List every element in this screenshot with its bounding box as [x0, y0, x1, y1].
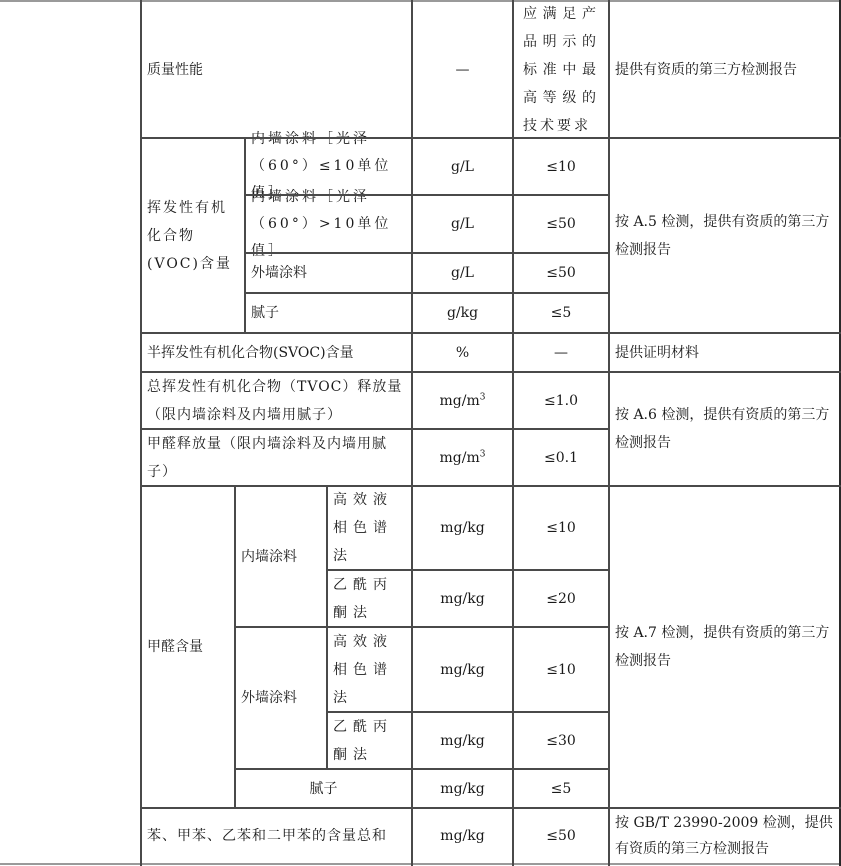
tvoc-req-cell: ≤1.0 — [513, 372, 609, 429]
svoc-unit-cell: % — [412, 333, 513, 372]
grid-line — [140, 332, 841, 334]
grid-line — [244, 138, 246, 333]
hcho-interior-req-1: ≤10 — [513, 486, 609, 570]
quality-unit-cell: — — [412, 2, 513, 138]
hcho-exterior-req-2: ≤30 — [513, 712, 609, 769]
grid-line — [140, 137, 841, 139]
svoc-method-cell: 提供证明材料 — [609, 333, 840, 372]
hcho-interior-method-1: 高效液相色谱法 — [327, 486, 412, 570]
grid-line — [140, 371, 841, 373]
grid-line — [608, 0, 610, 866]
grid-line — [326, 711, 610, 713]
hcho-exterior-method-2: 乙酰丙酮法 — [327, 712, 412, 769]
hcho-interior-unit-2: mg/kg — [412, 570, 513, 627]
btex-method-cell: 按 GB/T 23990-2009 检测，提供有资质的第三方检测报告 — [609, 808, 840, 863]
voc-req-3: ≤50 — [513, 253, 609, 293]
grid-line — [234, 768, 610, 770]
quality-requirement-cell: 应满足产品明示的标准中最高等级的技术要求 — [513, 2, 609, 138]
hcho-interior-cell: 内墙涂料 — [235, 486, 327, 627]
voc-unit-2: g/L — [412, 195, 513, 253]
tvoc-unit-cell: mg/m3 — [412, 372, 513, 429]
hcho-interior-req-2: ≤20 — [513, 570, 609, 627]
hcho-interior-method-2: 乙酰丙酮法 — [327, 570, 412, 627]
grid-line — [234, 486, 236, 808]
release-method-cell: 按 A.6 检测，提供有资质的第三方检测报告 — [609, 372, 840, 486]
quality-method-cell: 提供有资质的第三方检测报告 — [609, 2, 840, 138]
grid-line — [140, 485, 841, 487]
grid-line — [234, 626, 610, 628]
grid-line — [244, 194, 610, 196]
table-bottom-border — [0, 863, 841, 865]
hcho-release-req-cell: ≤0.1 — [513, 429, 609, 486]
tvoc-item-cell: 总挥发性有机化合物（TVOC）释放量（限内墙涂料及内墙用腻子） — [141, 372, 412, 429]
hcho-exterior-unit-2: mg/kg — [412, 712, 513, 769]
hcho-content-item-cell: 甲醛含量 — [141, 486, 235, 808]
grid-line — [244, 292, 610, 294]
quality-item-cell: 质量性能 — [141, 2, 412, 138]
hcho-release-item-cell: 甲醛释放量（限内墙涂料及内墙用腻子） — [141, 429, 412, 486]
btex-item-cell: 苯、甲苯、乙苯和二甲苯的含量总和 — [141, 808, 412, 863]
grid-line — [512, 0, 514, 866]
hcho-putty-req: ≤5 — [513, 769, 609, 808]
voc-req-2: ≤50 — [513, 195, 609, 253]
voc-item-cell: 挥发性有机化合物(VOC)含量 — [141, 138, 245, 333]
grid-line — [244, 252, 610, 254]
grid-line — [140, 807, 841, 809]
hcho-putty-cell: 腻子 — [235, 769, 412, 808]
btex-unit-cell: mg/kg — [412, 808, 513, 863]
hcho-exterior-req-1: ≤10 — [513, 627, 609, 712]
category-cell — [0, 2, 141, 863]
hcho-interior-unit-1: mg/kg — [412, 486, 513, 570]
svoc-item-cell: 半挥发性有机化合物(SVOC)含量 — [141, 333, 412, 372]
grid-line — [140, 428, 610, 430]
svoc-req-cell: — — [513, 333, 609, 372]
grid-line — [140, 0, 142, 866]
voc-method-cell: 按 A.5 检测，提供有资质的第三方检测报告 — [609, 138, 840, 333]
voc-req-1: ≤10 — [513, 138, 609, 195]
btex-req-cell: ≤50 — [513, 808, 609, 863]
voc-sub-3: 外墙涂料 — [245, 253, 412, 293]
grid-line — [411, 0, 413, 866]
voc-sub-2: 内墙涂料［光泽（60°）>10单位值］ — [245, 195, 412, 253]
voc-unit-1: g/L — [412, 138, 513, 195]
voc-unit-3: g/L — [412, 253, 513, 293]
hcho-exterior-unit-1: mg/kg — [412, 627, 513, 712]
hcho-exterior-cell: 外墙涂料 — [235, 627, 327, 769]
hcho-putty-unit: mg/kg — [412, 769, 513, 808]
grid-line — [326, 569, 610, 571]
voc-req-4: ≤5 — [513, 293, 609, 333]
voc-sub-4: 腻子 — [245, 293, 412, 333]
voc-unit-4: g/kg — [412, 293, 513, 333]
hcho-release-unit-cell: mg/m3 — [412, 429, 513, 486]
hcho-content-method-cell: 按 A.7 检测，提供有资质的第三方检测报告 — [609, 486, 840, 808]
hcho-exterior-method-1: 高效液相色谱法 — [327, 627, 412, 712]
